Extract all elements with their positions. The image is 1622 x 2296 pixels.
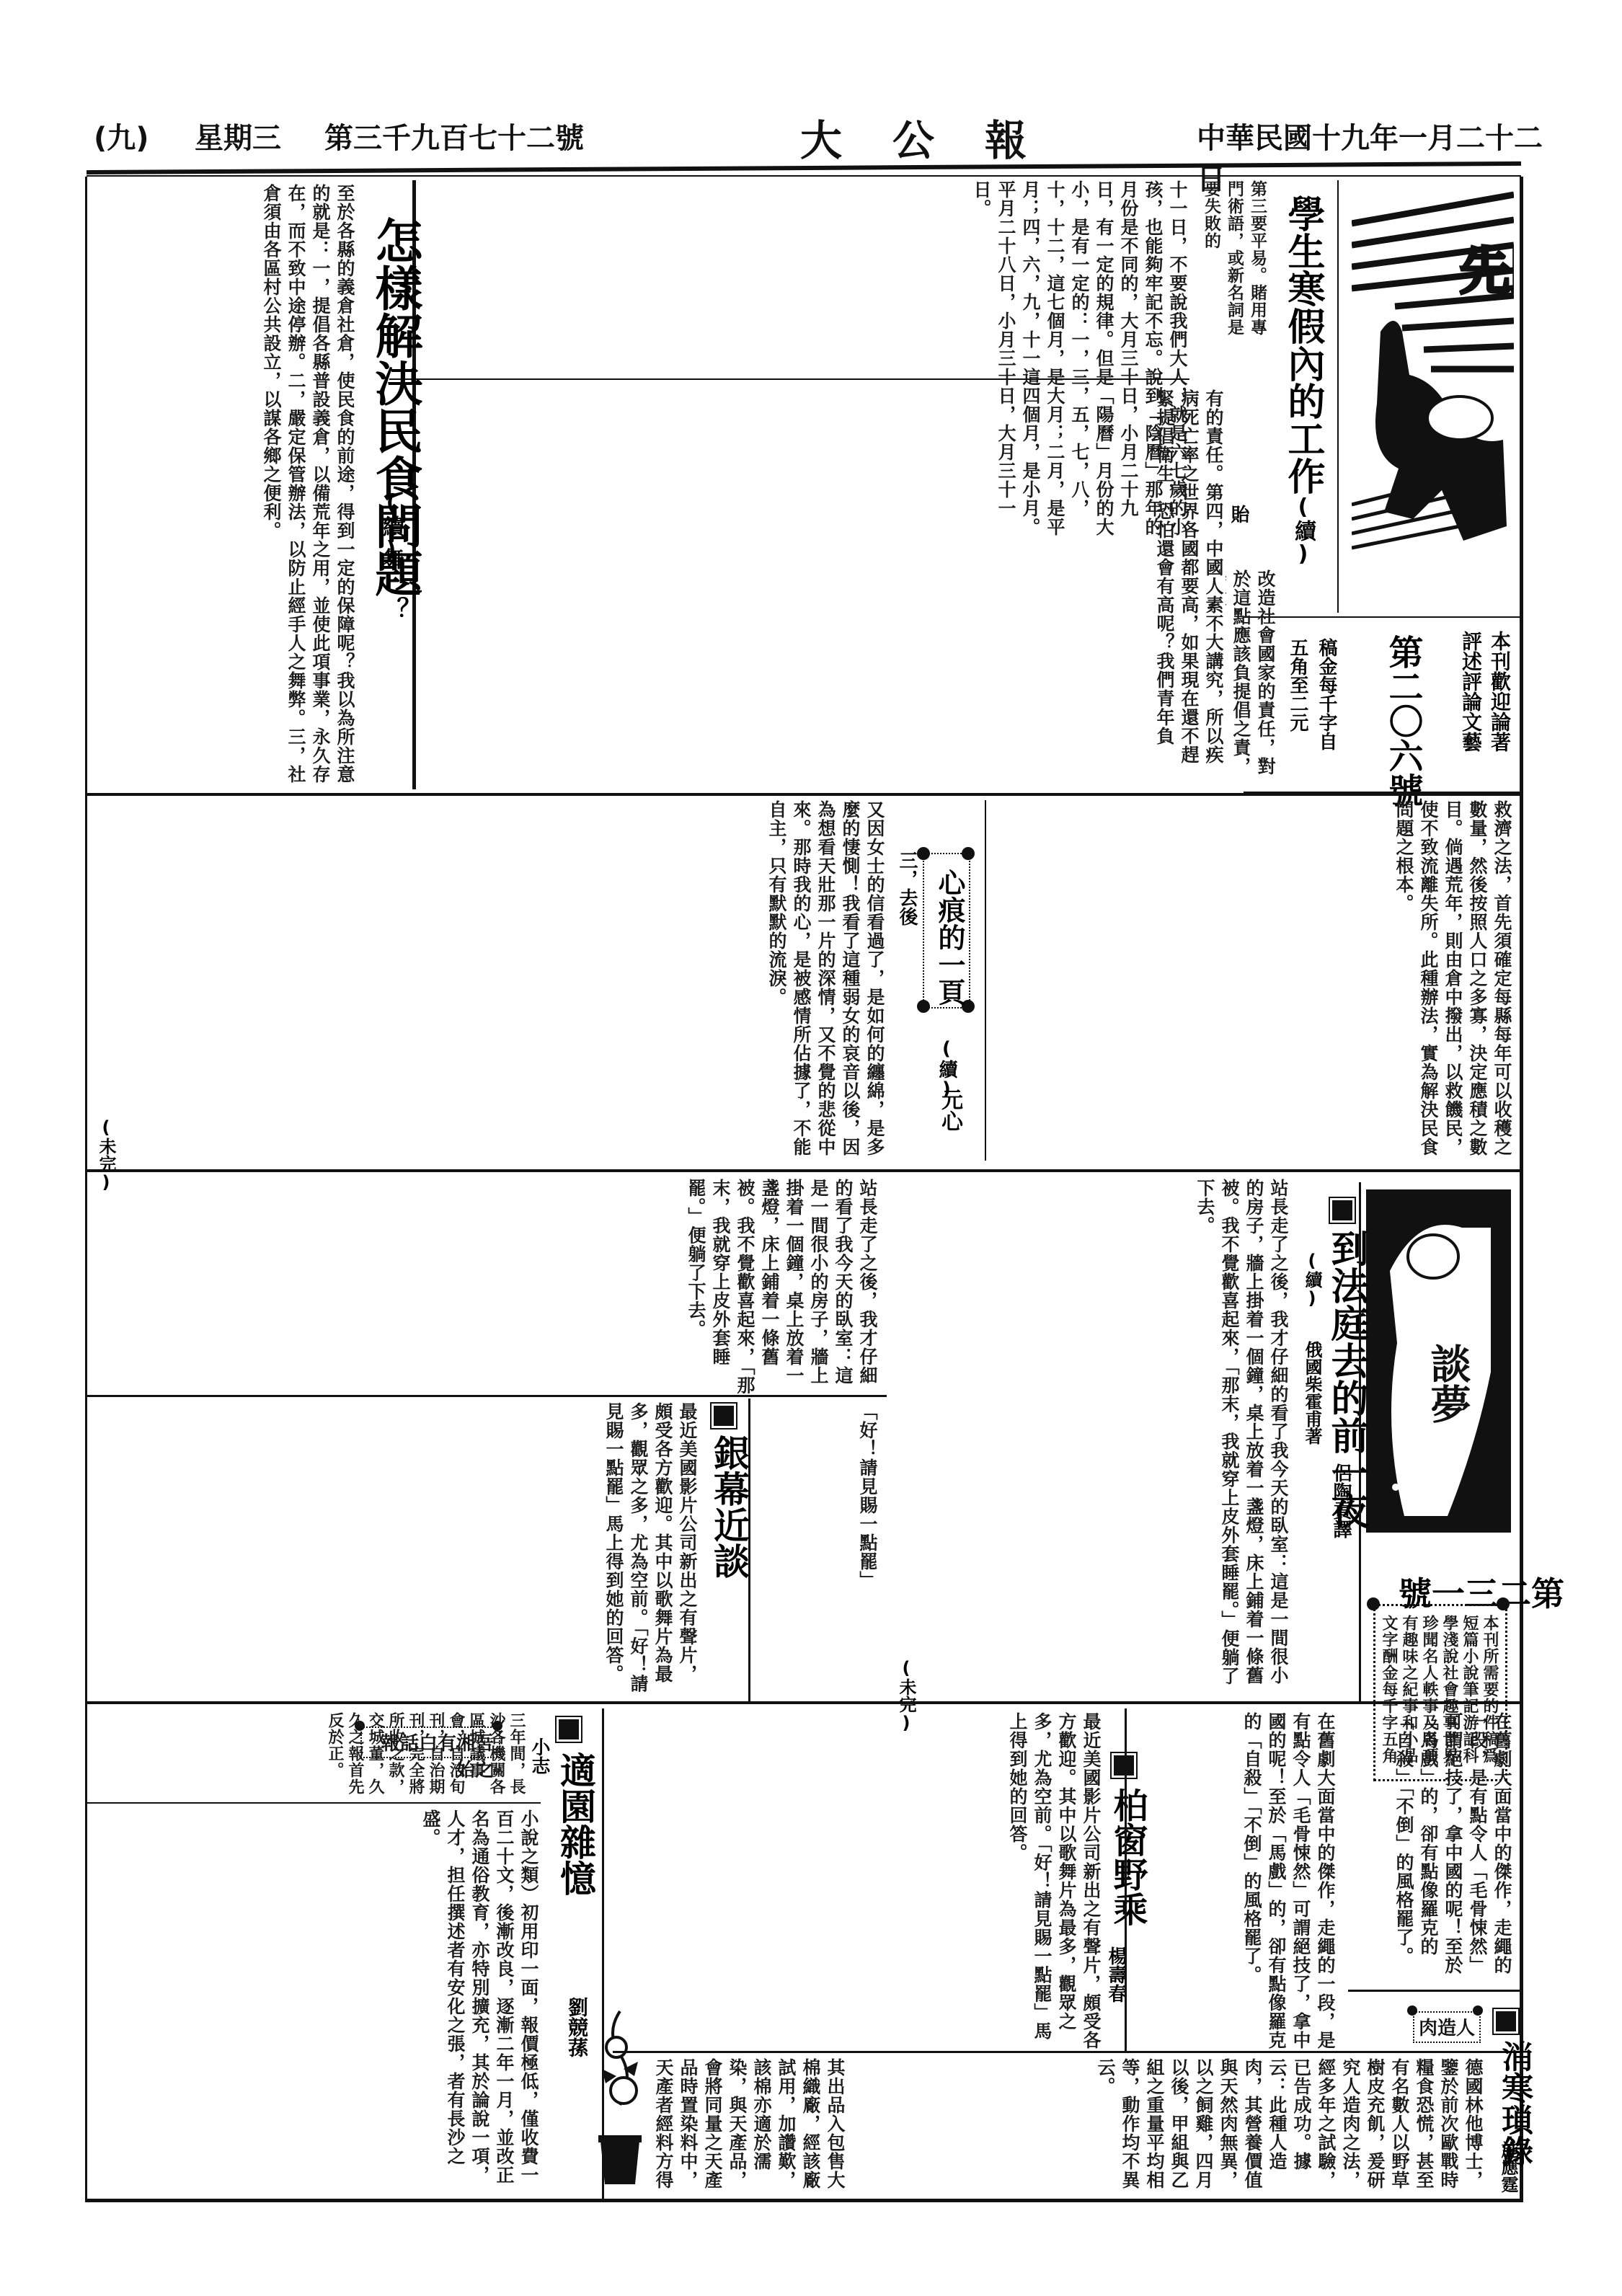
student-article-subhead: 第三要平易。賭用專門術語，或新名詞是要失敗的: [1189, 180, 1269, 346]
divider: [389, 378, 1189, 380]
dream-talk-illustration: 談夢: [1366, 1189, 1511, 1533]
column-divider: [748, 1399, 750, 1701]
xianlu-issue-label: 第二〇六號: [1378, 634, 1428, 807]
headline-text: 學生寒假內的工作: [1281, 195, 1324, 495]
court-story-continued: (續): [1300, 1251, 1325, 1308]
dreamer-figure-illustration: 談夢: [1368, 1192, 1509, 1530]
heart-page-headline: 心痕的一頁: [930, 869, 970, 1006]
student-article-body-2: 有的責任。第四，中國人素不大講究，所以疾病死亡率之世界各國都要高，如果現在還不趕…: [389, 389, 1226, 782]
svg-text:先路: 先路: [1460, 241, 1514, 301]
svg-text:談夢: 談夢: [1424, 1343, 1471, 1424]
xiaohan-body-2: 其出品入包售大棉織廠，經該廠試用，加讚歎，該棉亦適於濡染，與天產品，會將同量之天…: [652, 2058, 847, 2195]
xiaohan-author: 施應霆: [1496, 2141, 1521, 2193]
bochuang-body: 在舊劇大面當中的傑作，走繩的一段，是有點令人「毛骨悚然」可謂絕技了，拿中國的呢！…: [1135, 1712, 1337, 2051]
xiaohan-body: 德國林他博士，鑒於前次歐戰時糧食恐慌，甚至有名數人以野草樹皮充飢，爰研究人造肉之…: [851, 2058, 1485, 2195]
shiyuan-body-1: 三年間，長沙各機關各區城議事會，自治旬刊，自治期刊，完全將所收之款，交城董，久久…: [94, 1712, 526, 1799]
corner-ornament: [962, 847, 975, 860]
notice-line: 稿金每千字自: [1316, 638, 1337, 750]
xiaohan-subhead: 人造肉: [1419, 2013, 1475, 2040]
silver-screen-quote: 「好！請見賜一點罷」: [757, 1402, 879, 1698]
horseman-with-sunburst-illustration: 先路: [1352, 180, 1514, 569]
shiyuan-author: 劉競蓀: [562, 1997, 591, 2057]
question-mark: ？: [380, 597, 409, 621]
student-article-headline: 學生寒假內的工作(續): [1276, 195, 1330, 567]
shiyuan-body-2: 小說之類）初用印一面，報價極低，僅收費一百二十文，後漸改良，逐漸二年一月，並改正…: [94, 1809, 541, 2191]
column-divider: [1337, 180, 1339, 613]
food-article-body: 至於各縣的義倉社倉，使民食的前途，得到一定的保障呢？我以為所注意的就是：一，提倡…: [94, 184, 357, 789]
divider: [87, 1701, 1521, 1704]
court-story-body: 站長走了之後，我才仔細的看了我今天的臥室：這是一間很小的房子，牆上掛着一個鐘，桌…: [887, 1179, 1290, 1698]
section-marker-icon: [1110, 1752, 1138, 1779]
weekday: 星期三: [195, 115, 281, 156]
column-divider: [1359, 1182, 1361, 1701]
divider: [613, 2051, 1521, 2053]
silver-screen-headline: 銀幕近談: [703, 1435, 755, 1579]
corner-ornament: [1497, 1597, 1510, 1610]
divider: [87, 793, 1521, 796]
corner-ornament: [1367, 1597, 1380, 1610]
xiaohan-upper-body: 在舊劇大面當中的傑作，走繩的一段，是有點令人「毛骨悚然」可謂絕技了，拿中國的呢！…: [1348, 1712, 1514, 1979]
page-number: (九): [94, 115, 149, 156]
continued-mark: (續): [1290, 495, 1316, 567]
divider: [87, 1395, 887, 1397]
page-border-right: [1520, 177, 1523, 2202]
court-story-translator: 侶陶貢譯: [1328, 1463, 1355, 1538]
section-marker-icon: [1492, 2008, 1520, 2035]
xianlu-illustration: 先路: [1352, 180, 1514, 569]
student-article-author: 貽: [1226, 505, 1252, 523]
notice-line: 五角至二元: [1287, 638, 1308, 732]
page-border-bottom: [85, 2199, 1523, 2202]
page-border-left: [85, 177, 87, 2202]
newspaper-title: 大公報: [800, 107, 1077, 167]
divider: [1348, 1990, 1521, 1992]
notice-line: 評述評論文藝: [1459, 631, 1483, 752]
xianlu-notice: 本刊歡迎論著 評述評論文藝: [1456, 631, 1514, 789]
xianlu-lead-text: 改造社會國家的責任，對於這點應該負提倡之責，待放: [1226, 569, 1277, 786]
issue-number: 第三千九百七十二號: [324, 115, 584, 156]
masthead-rule-thin: [87, 175, 1521, 177]
corner-ornament: [1407, 2005, 1417, 2016]
heart-page-chapter: 三，去後: [894, 851, 921, 926]
divider: [1244, 616, 1521, 618]
section-marker-icon: [710, 1402, 737, 1430]
xianlu-fee-notice: 稿金每千字自 五角至二元: [1283, 638, 1341, 768]
silver-screen-body: 最近美國影片公司新出之有聲片，頗受各方歡迎。其中以歌舞片為最多，觀眾之多，尤為空…: [94, 1402, 699, 1701]
notice-line: 本刊歡迎論著: [1488, 631, 1512, 752]
section-marker-icon: [1329, 1197, 1356, 1224]
silver-screen-upper-body: 站長走了之後，我才仔細的看了我今天的臥室：這是一間很小的房子，牆上掛着一個鐘，桌…: [94, 1179, 879, 1395]
masthead: (九) 星期三 第三千九百七十二號 大公報 中華民國十九年一月二十二日: [72, 108, 1550, 166]
bochuang-upper-body: 最近美國影片公司新出之有聲片，頗受各方歡迎。其中以歌舞片為最多，觀眾之多，尤為空…: [613, 1712, 1103, 2051]
divider: [87, 1802, 541, 1804]
food-article-author: 舞: [375, 548, 407, 569]
section-marker-icon: [555, 1716, 582, 1743]
divider: [87, 1169, 1521, 1172]
heart-page-author: 元心: [934, 1089, 965, 1132]
column-divider: [985, 800, 986, 1161]
corner-ornament: [917, 1000, 930, 1013]
shiyuan-subhead: 小志: [526, 1737, 553, 1775]
column-divider: [1125, 1708, 1127, 2051]
heart-page-body: 又因女士的信看過了，是如何的纏綿，是多麼的悽惻！我看了這種弱女的哀音以後，因為想…: [94, 800, 887, 1168]
shiyuan-headline: 適園雜憶: [549, 1752, 601, 1896]
court-story-original-author: 俄國柴霍甫著: [1300, 1341, 1325, 1445]
food-article-body-2: 救濟之法，首先須確定每縣每年可以收穫之數量，然後按照人口之多寡，決定應積之數目。…: [894, 800, 1514, 1161]
